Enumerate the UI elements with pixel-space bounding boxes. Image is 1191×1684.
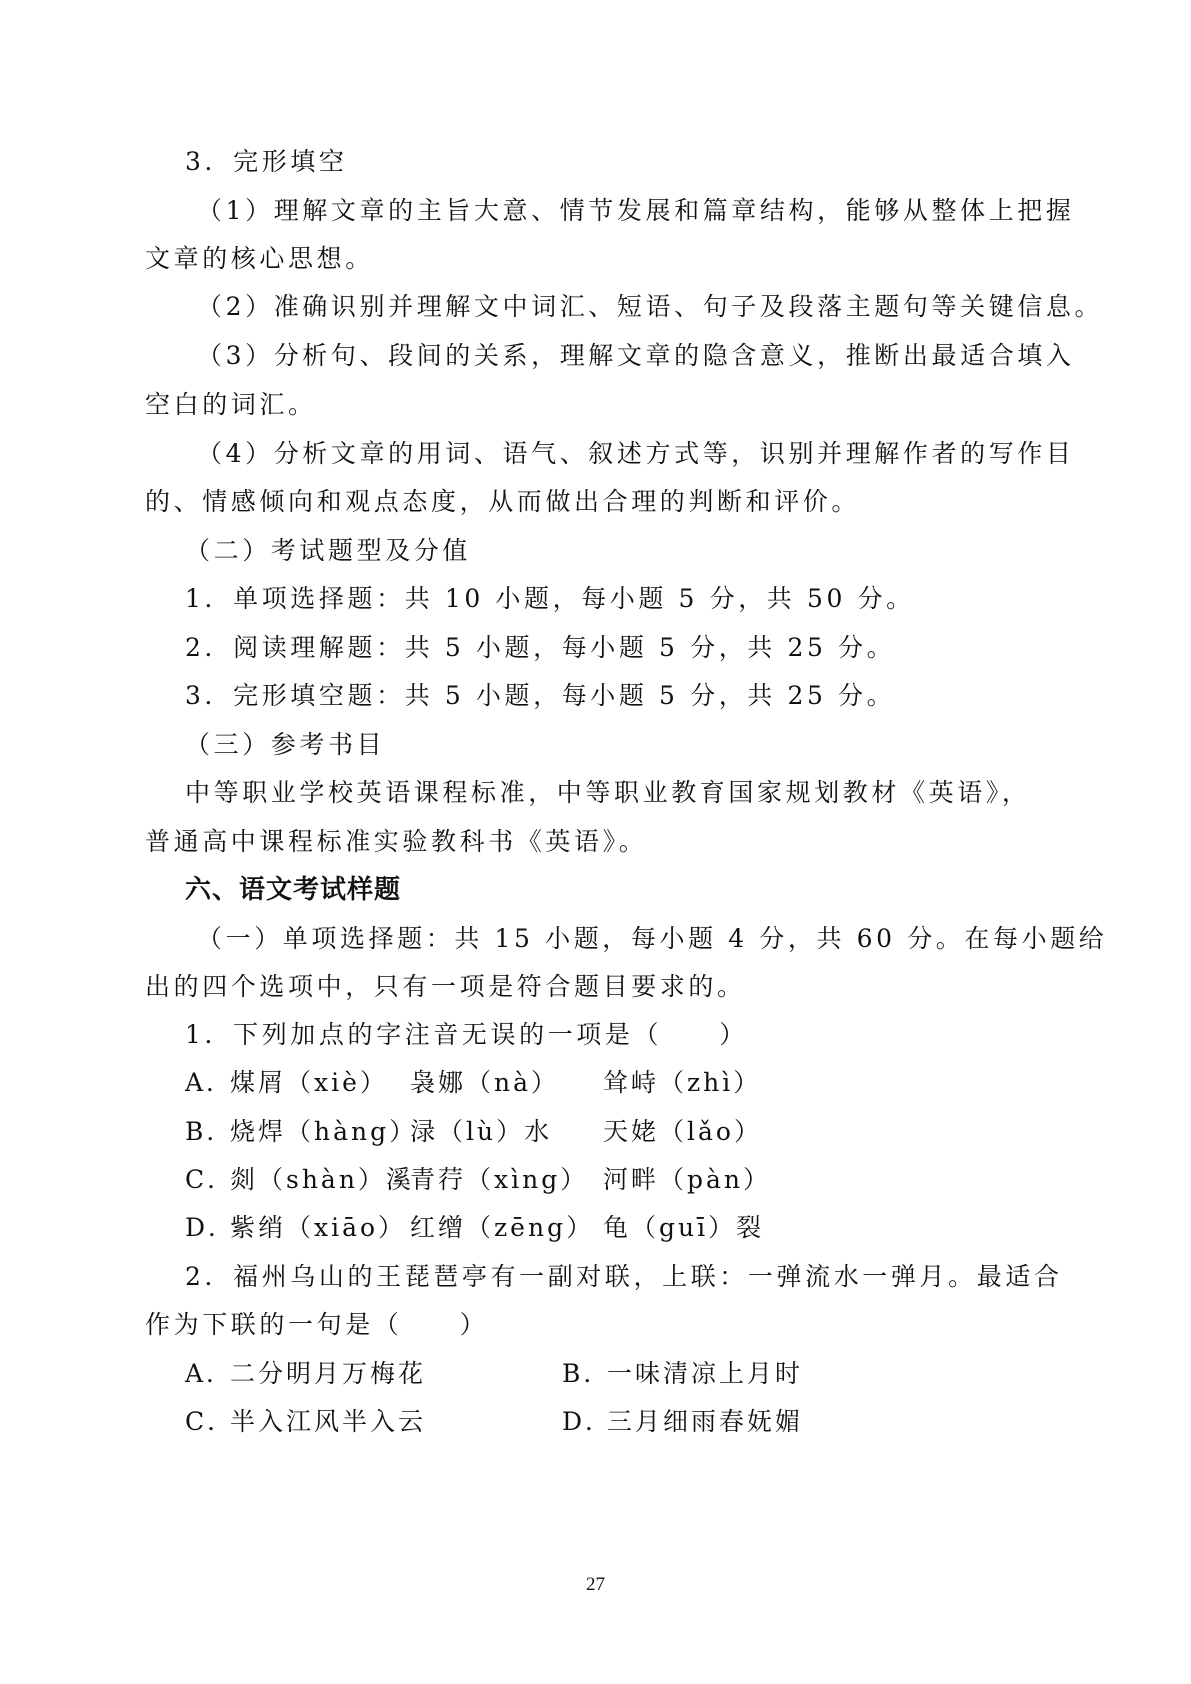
part1-instructions: （一）单项选择题：共 15 小题，每小题 4 分，共 60 分。在每小题给 [197,924,1107,954]
paragraph-item3-cont: 空白的词汇。 [145,390,1055,420]
option-label: A． [185,1068,234,1098]
section-title-cloze: 3．完形填空 [185,147,1095,177]
paragraph-books: 中等职业学校英语课程标准，中等职业教育国家规划教材《英语》， [185,778,1095,808]
option-word-1: 烧焊（hàng） [230,1117,417,1147]
option-label: A． [185,1359,234,1389]
option-text: 半入江风半入云 [230,1407,426,1437]
paragraph-item1: （1）理解文章的主旨大意、情节发展和篇章结构，能够从整体上把握 [197,196,1107,226]
question-2-stem: 2．福州乌山的王琵琶亭有一副对联，上联：一弹流水一弹月。最适合 [185,1262,1095,1292]
paragraph-item2: （2）准确识别并理解文中词汇、短语、句子及段落主题句等关键信息。 [197,292,1107,322]
option-word-3: 天姥（lǎo） [603,1117,762,1147]
option-text: 二分明月万梅花 [230,1359,426,1389]
paragraph-item4-cont: 的、情感倾向和观点态度，从而做出合理的判断和评价。 [145,487,1055,517]
option-word-2: 袅娜（nà） [410,1068,559,1098]
option-label: C． [185,1165,235,1195]
option-word-2: 青荇（xìng） [410,1165,588,1195]
option-word-1: 紫绡（xiāo） [230,1213,406,1243]
option-label: D． [185,1213,236,1243]
subsection-title-books: （三）参考书目 [185,730,1095,760]
score-line-2: 2．阅读理解题：共 5 小题，每小题 5 分，共 25 分。 [185,633,1095,663]
subsection-title-types: （二）考试题型及分值 [185,536,1095,566]
paragraph-item3: （3）分析句、段间的关系，理解文章的隐含意义，推断出最适合填入 [197,341,1107,371]
paragraph-item1-cont: 文章的核心思想。 [145,244,1055,274]
option-word-3: 河畔（pàn） [603,1165,771,1195]
option-word-2: 红缯（zēng） [410,1213,594,1243]
score-line-3: 3．完形填空题：共 5 小题，每小题 5 分，共 25 分。 [185,681,1095,711]
question-1-stem: 1．下列加点的字注音无误的一项是（ ） [185,1020,1095,1050]
option-label: B． [185,1117,234,1147]
option-word-1: 煤屑（xiè） [230,1068,388,1098]
option-word-2: 渌（lù）水 [410,1117,552,1147]
option-word-1: 剡（shàn）溪 [230,1165,414,1195]
option-word-3: 耸峙（zhì） [603,1068,761,1098]
document-page: 3．完形填空 （1）理解文章的主旨大意、情节发展和篇章结构，能够从整体上把握 文… [0,0,1191,1684]
score-line-1: 1．单项选择题：共 10 小题，每小题 5 分，共 50 分。 [185,584,1095,614]
option-text: 三月细雨春妩媚 [607,1407,803,1437]
paragraph-books-cont: 普通高中课程标准实验教科书《英语》。 [145,827,1055,857]
option-word-3: 龟（guī）裂 [603,1213,764,1243]
option-text: 一味清凉上月时 [607,1359,803,1389]
question-2-stem-cont: 作为下联的一句是（ ） [145,1310,1055,1340]
paragraph-item4: （4）分析文章的用词、语气、叙述方式等，识别并理解作者的写作目 [197,439,1107,469]
option-label: C． [185,1407,235,1437]
option-label: B． [562,1359,611,1389]
option-label: D． [562,1407,613,1437]
part1-instructions-cont: 出的四个选项中，只有一项是符合题目要求的。 [145,972,1055,1002]
page-number: 27 [0,1574,1191,1596]
section-heading-chinese-sample: 六、语文考试样题 [185,875,1095,905]
